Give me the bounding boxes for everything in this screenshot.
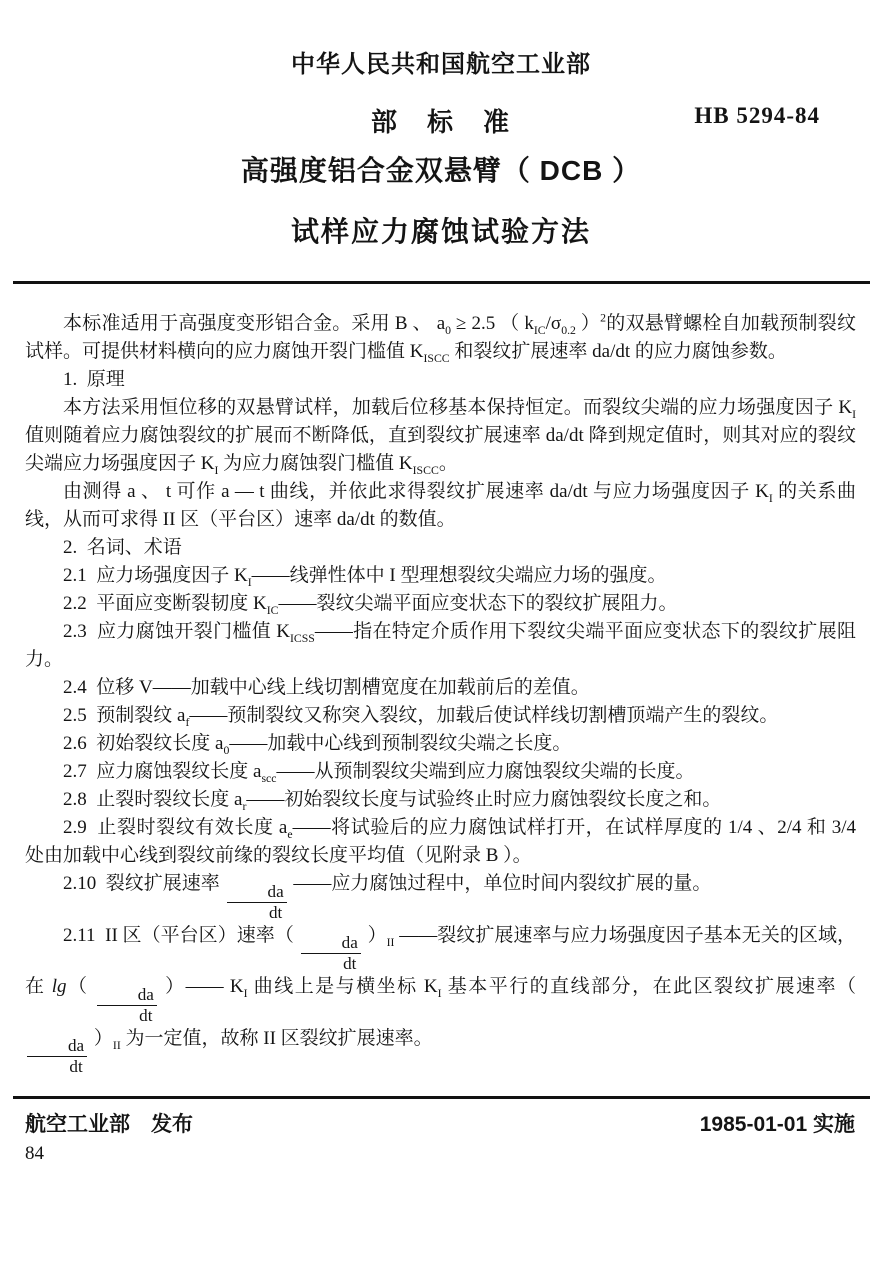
paragraph: 2.10 裂纹扩展速率 dadt ——应力腐蚀过程中，单位时间内裂纹扩展的量。 — [25, 870, 856, 922]
paragraph: 由测得 a 、 t 可作 a — t 曲线，并依此求得裂纹扩展速率 da/dt … — [25, 478, 856, 534]
paragraph: 2.5 预制裂纹 af——预制裂纹又称突入裂纹，加载后使试样线切割槽顶端产生的裂… — [25, 702, 856, 730]
issuer-statement: 航空工业部 发布 — [25, 1108, 193, 1138]
subscript: e — [287, 828, 292, 841]
document-body: 本标准适用于高强度变形铝合金。采用 B 、 a0 ≥ 2.5 （ kIC/σ0.… — [0, 284, 882, 1076]
paragraph: 2.4 位移 V——加载中心线上线切割槽宽度在加载前后的差值。 — [25, 674, 856, 702]
document-header: 中华人民共和国航空工业部 部 标 准 HB 5294-84 高强度铝合金双悬臂（… — [0, 44, 882, 250]
fraction-da-dt: dadt — [301, 934, 361, 973]
paragraph: 1. 原理 — [25, 366, 856, 394]
subscript: I — [248, 576, 252, 589]
paragraph: 2.6 初始裂纹长度 a0——加载中心线到预制裂纹尖端之长度。 — [25, 730, 856, 758]
document-title-line2: 试样应力腐蚀试验方法 — [0, 210, 882, 250]
document-page: 中华人民共和国航空工业部 部 标 准 HB 5294-84 高强度铝合金双悬臂（… — [0, 0, 882, 1274]
paragraph: 2.7 应力腐蚀裂纹长度 ascc——从预制裂纹尖端到应力腐蚀裂纹尖端的长度。 — [25, 758, 856, 786]
italic-symbol: lg — [52, 976, 67, 997]
subscript: I — [769, 492, 773, 505]
subscript: 0 — [445, 324, 451, 337]
paragraph: 2.8 止裂时裂纹长度 ar——初始裂纹长度与试验终止时应力腐蚀裂纹长度之和。 — [25, 786, 856, 814]
implementation-date: 1985-01-01 实施 — [700, 1108, 855, 1138]
paragraph: 2.3 应力腐蚀开裂门槛值 KICSS——指在特定介质作用下裂纹尖端平面应变状态… — [25, 618, 856, 674]
paragraph: 2. 名词、术语 — [25, 534, 856, 562]
paragraph: 2.2 平面应变断裂韧度 KIC——裂纹尖端平面应变状态下的裂纹扩展阻力。 — [25, 590, 856, 618]
paragraph: 2.9 止裂时裂纹有效长度 ae——将试验后的应力腐蚀试样打开，在试样厚度的 1… — [25, 814, 856, 870]
page-number: 84 — [13, 1138, 870, 1165]
standard-row: 部 标 准 HB 5294-84 — [0, 102, 882, 132]
ministry-name: 中华人民共和国航空工业部 — [0, 44, 882, 79]
document-title-line1: 高强度铝合金双悬臂（ DCB ） — [0, 149, 882, 189]
paragraph: 本标准适用于高强度变形铝合金。采用 B 、 a0 ≥ 2.5 （ kIC/σ0.… — [25, 310, 856, 366]
subscript: ISCC — [413, 464, 439, 477]
subscript: scc — [261, 772, 276, 785]
subscript: ISCC — [423, 352, 449, 365]
subscript: 0.2 — [561, 324, 576, 337]
superscript: 2 — [600, 312, 606, 325]
subscript: IC — [267, 604, 279, 617]
footer-row: 航空工业部 发布 1985-01-01 实施 — [13, 1099, 870, 1138]
subscript: r — [242, 800, 246, 813]
subscript: ICSS — [290, 632, 315, 645]
standard-number: HB 5294-84 — [694, 103, 820, 129]
subscript: 0 — [223, 744, 229, 757]
subscript: II — [113, 1038, 121, 1051]
paragraph: 2.11 II 区（平台区）速率（ dadt ）II ——裂纹扩展速率与应力场强… — [25, 922, 856, 1077]
subscript: I — [244, 987, 248, 1000]
paragraph: 本方法采用恒位移的双悬臂试样，加载后位移基本保持恒定。而裂纹尖端的应力场强度因子… — [25, 394, 856, 478]
fraction-da-dt: dadt — [27, 1037, 87, 1076]
fraction-da-dt: dadt — [97, 986, 157, 1025]
subscript: f — [185, 716, 189, 729]
subscript: II — [387, 935, 395, 948]
fraction-da-dt: dadt — [227, 883, 287, 922]
subscript: I — [214, 464, 218, 477]
subscript: I — [852, 408, 856, 421]
subscript: I — [438, 987, 442, 1000]
document-footer: 航空工业部 发布 1985-01-01 实施 84 — [13, 1096, 870, 1165]
subscript: IC — [534, 324, 546, 337]
paragraph: 2.1 应力场强度因子 KI——线弹性体中 I 型理想裂纹尖端应力场的强度。 — [25, 562, 856, 590]
